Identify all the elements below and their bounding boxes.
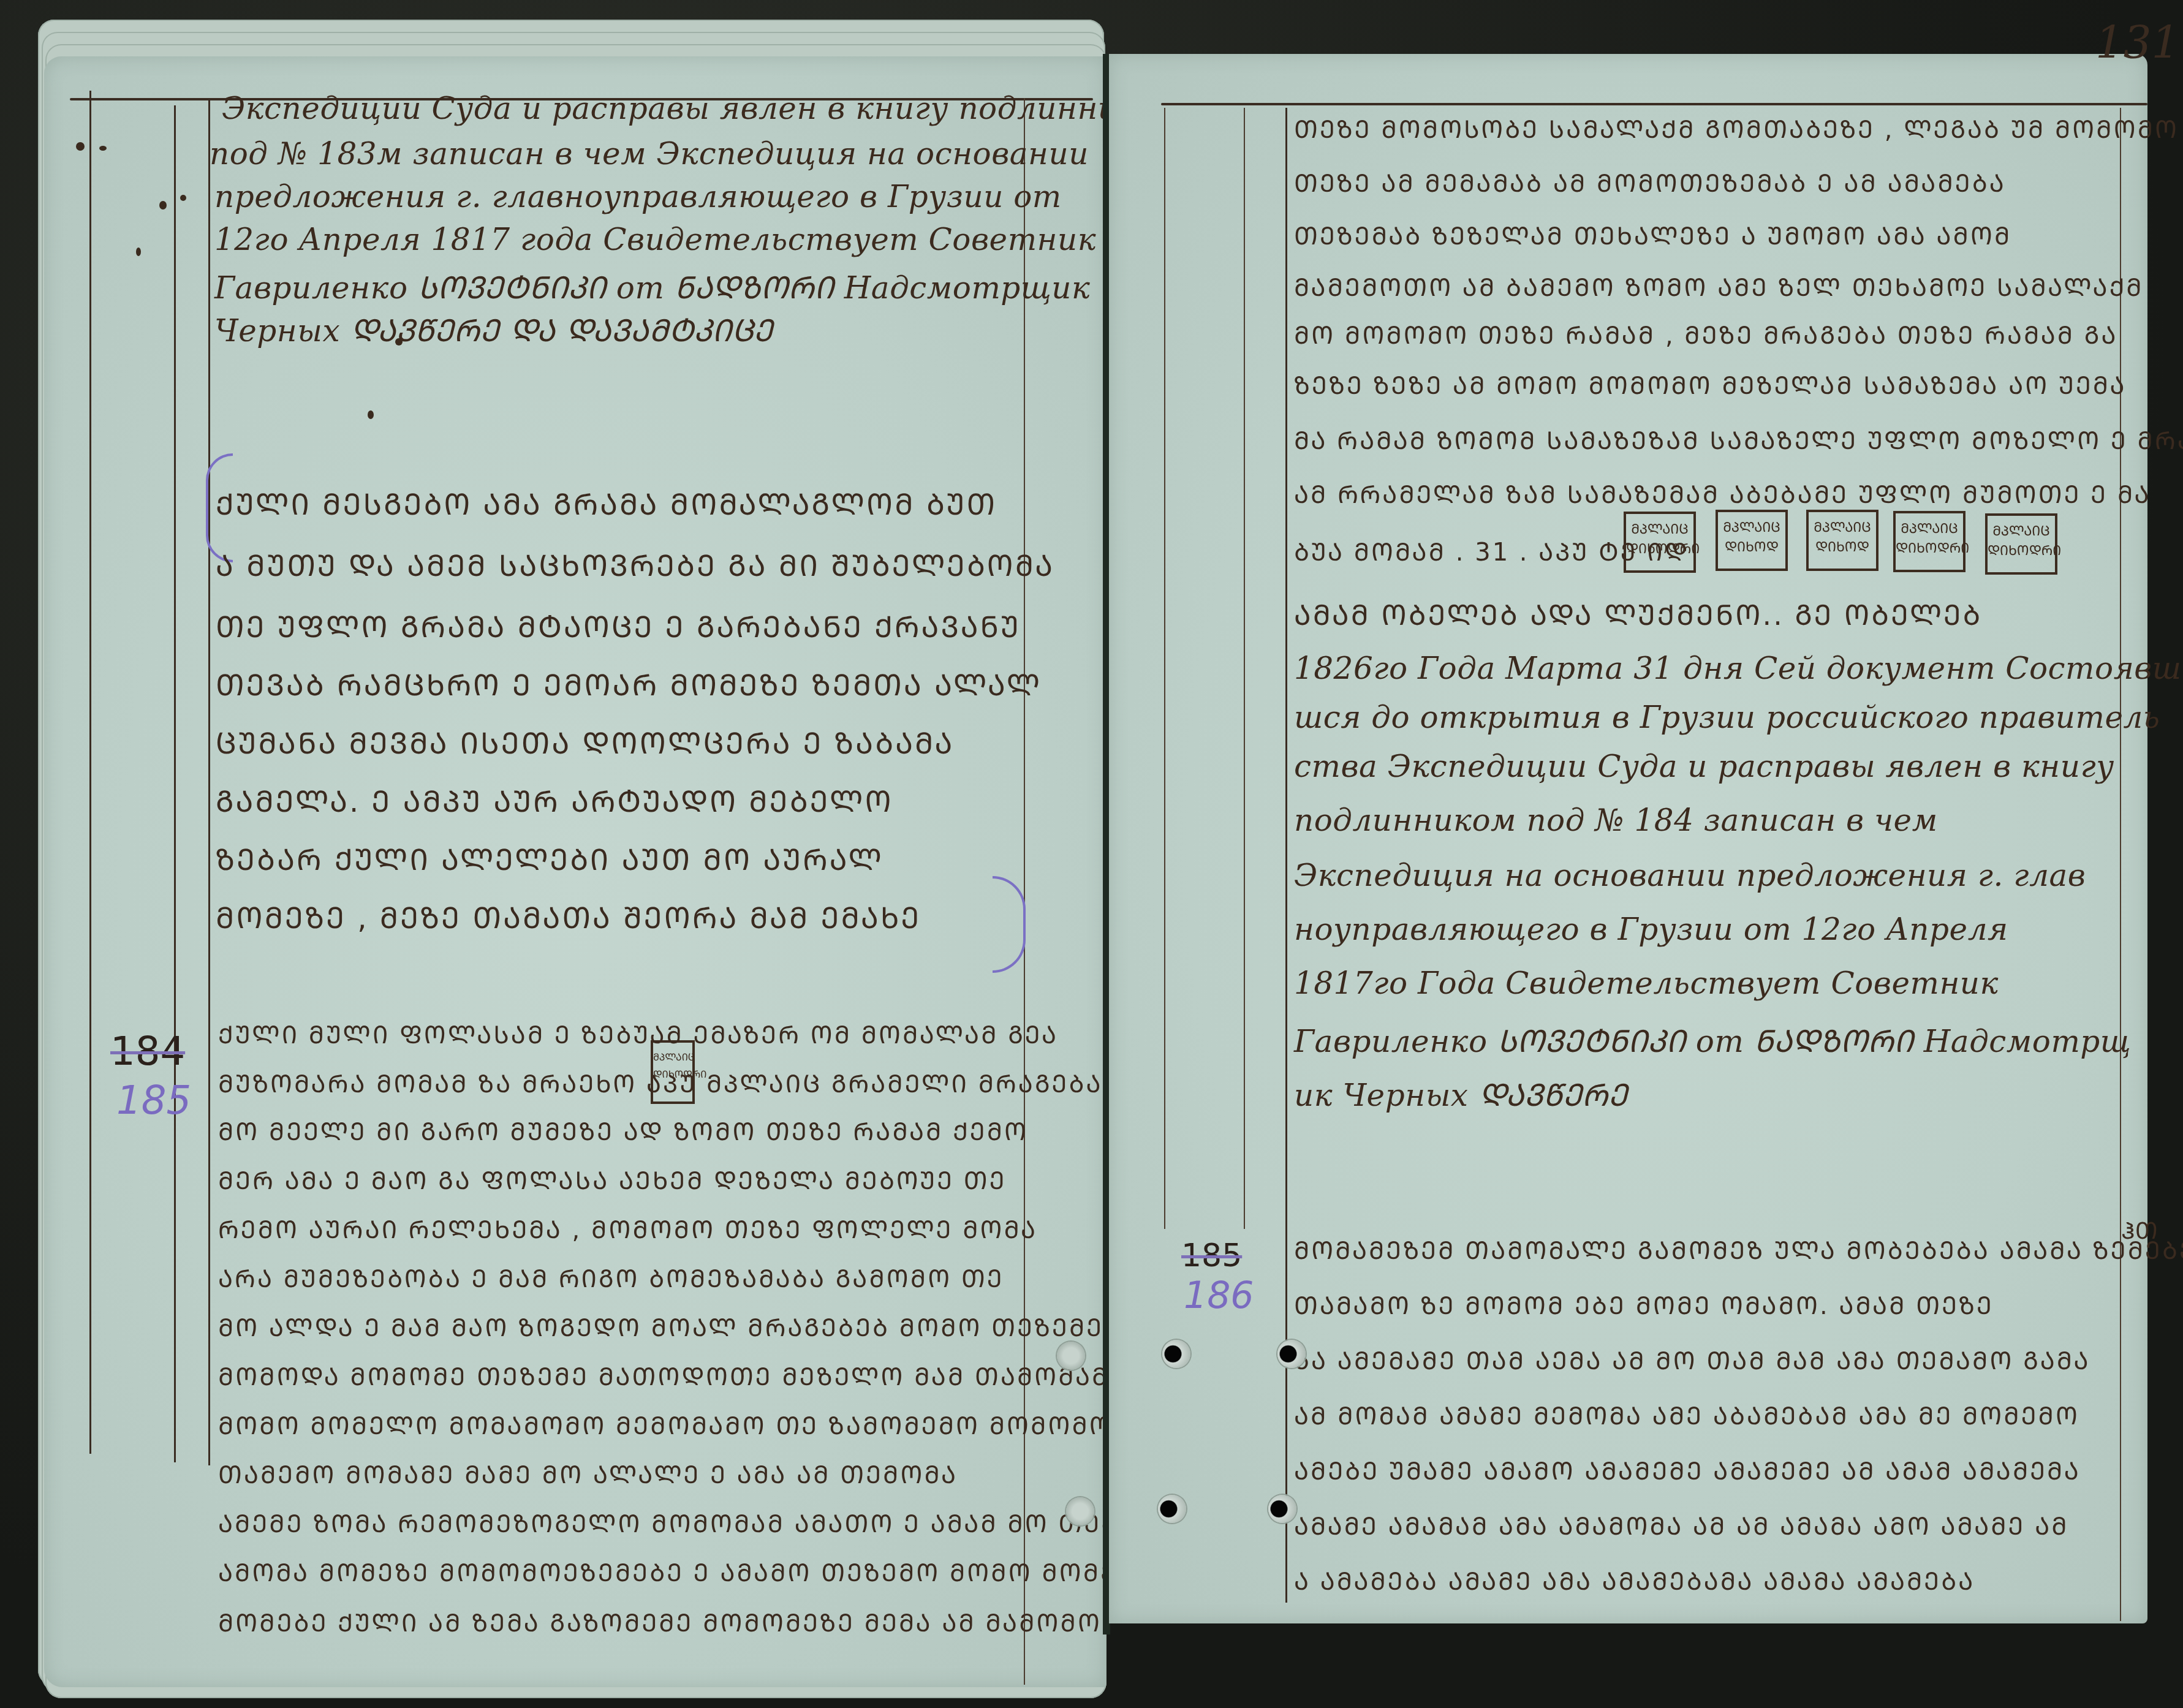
binding-hole <box>1162 1340 1190 1368</box>
ink-blot <box>136 248 141 256</box>
ink-blot <box>99 146 107 151</box>
left-margin-line-1 <box>89 91 91 1454</box>
text-line: Ა ᲐᲛᲐᲛᲔᲑᲐ ᲐᲛᲐᲛᲔ ᲐᲛᲐ ᲐᲛᲐᲛᲔᲑᲐᲛᲐ ᲐᲛᲐᲛᲐ ᲐᲛᲐᲛ… <box>1294 1563 1975 1597</box>
text-line: ства Экспедиции Суда и расправы явлен в … <box>1294 749 2114 784</box>
text-line: предложения г. главноуправляющего в Груз… <box>214 179 1062 214</box>
entry-number-new: 185 <box>116 1078 191 1124</box>
seal-line-1: ᲛᲞᲚᲐᲘᲪ <box>653 1049 692 1066</box>
seal-line-2: ᲓᲘᲮᲝᲓ <box>1809 538 1876 557</box>
seal-line-1: ᲛᲞᲚᲐᲘᲪ <box>1809 518 1876 538</box>
text-line: ноуправляющего в Грузии от 12го Апреля <box>1294 912 2008 947</box>
binding-hole <box>1158 1495 1186 1523</box>
text-line: Экспедиции Суда и расправы явлен в книгу… <box>222 91 1181 126</box>
text-line: ᲐᲛ ᲠᲠᲐᲛᲔᲚᲐᲛ ᲖᲐᲛ ᲡᲐᲛᲐᲖᲔᲛᲐᲛ ᲐᲑᲔᲑᲐᲛᲔ ᲣᲤᲚᲝ Მ… <box>1294 477 2151 510</box>
text-line: ᲐᲛᲔᲑᲔ ᲣᲛᲐᲛᲔ ᲐᲛᲐᲛᲝ ᲐᲛᲐᲛᲔᲛᲔ ᲐᲛᲐᲛᲔᲛᲔ ᲐᲛ ᲐᲛᲐ… <box>1294 1453 2081 1487</box>
text-line: ᲥᲣᲚᲘ ᲛᲔᲡᲒᲔᲑᲝ ᲐᲛᲐ ᲒᲠᲐᲛᲐ ᲛᲝᲛᲐᲚᲐᲒᲚᲝᲛ ᲑᲣᲗ <box>216 484 997 524</box>
binding-hole <box>1268 1495 1296 1523</box>
text-line: ᲗᲐᲛᲐᲛᲝ ᲖᲔ ᲛᲝᲛᲝᲛ ᲔᲑᲔ ᲛᲝᲛᲔ ᲝᲛᲐᲛᲝ. ᲐᲛᲐᲛ ᲗᲔᲖ… <box>1294 1288 1994 1321</box>
seal-line-1: ᲛᲞᲚᲐᲘᲪ <box>1988 522 2055 542</box>
seal-stamp: ᲛᲞᲚᲐᲘᲪ ᲓᲘᲮᲝᲓᲠᲘ <box>1985 513 2057 575</box>
text-line: 1817го Года Свидетельствует Советник <box>1294 965 1999 1001</box>
text-line: ᲑᲐ ᲐᲛᲔᲛᲐᲛᲔ ᲗᲐᲛ ᲐᲔᲛᲐ ᲐᲛ ᲛᲝ ᲗᲐᲛ ᲛᲐᲛ ᲐᲛᲐ ᲗᲔ… <box>1294 1343 2090 1377</box>
text-line: ᲐᲠᲐ ᲛᲣᲛᲔᲖᲔᲑᲝᲑᲐ Ე ᲛᲐᲛ ᲠᲘᲒᲝ ᲑᲝᲛᲔᲖᲐᲛᲐᲑᲐ ᲒᲐᲛ… <box>218 1261 1004 1294</box>
right-margin-line-2 <box>1244 108 1245 1229</box>
right-margin-line-1 <box>1164 108 1165 1229</box>
text-line: ᲠᲔᲛᲝ ᲐᲣᲠᲐᲘ ᲠᲔᲚᲔᲮᲔᲛᲐ , ᲛᲝᲛᲝᲛᲝ ᲗᲔᲖᲔ ᲤᲝᲚᲔᲚᲔ… <box>218 1212 1037 1245</box>
text-line: ᲐᲛᲐᲛᲔ ᲐᲛᲐᲛᲐᲛ ᲐᲛᲐ ᲐᲛᲐᲛᲝᲛᲐ ᲐᲛ ᲐᲛ ᲐᲛᲐᲛᲐ ᲐᲛᲝ… <box>1294 1508 2069 1542</box>
seal-line-1: ᲛᲞᲚᲐᲘᲪ <box>1626 520 1693 540</box>
seal-stamp: ᲛᲞᲚᲐᲘᲪ ᲓᲘᲮᲝᲓ <box>1806 510 1878 571</box>
seal-line-1: ᲛᲞᲚᲐᲘᲪ <box>1718 518 1785 538</box>
text-line: ᲛᲔᲠ ᲐᲛᲐ Ე ᲛᲐᲝ ᲒᲐ ᲤᲝᲚᲐᲡᲐ ᲐᲔᲮᲔᲛ ᲓᲔᲖᲔᲚᲐ ᲛᲔᲑ… <box>218 1163 1007 1196</box>
seal-line-2: ᲓᲘᲮᲝᲓᲠᲘ <box>1988 542 2055 561</box>
text-line: ᲛᲝ ᲛᲝᲛᲝᲛᲝ ᲗᲔᲖᲔ ᲠᲐᲛᲐᲛ , ᲛᲔᲖᲔ ᲛᲠᲐᲒᲔᲑᲐ ᲗᲔᲖᲔ… <box>1294 317 2118 351</box>
text-line: Гавриленко ᲡᲝᲕᲔᲢᲜᲘᲙᲘ от ᲜᲐᲓᲖᲝᲠᲘ Надсмотр… <box>214 266 1090 308</box>
entry-number-old: 184 <box>110 1029 185 1075</box>
right-top-rule <box>1161 103 2147 105</box>
text-line: ᲖᲔᲖᲔ ᲖᲔᲖᲔ ᲐᲛ ᲛᲝᲛᲝ ᲛᲝᲛᲝᲛᲝ ᲛᲔᲖᲔᲚᲐᲛ ᲡᲐᲛᲐᲖᲔᲛ… <box>1294 368 2126 401</box>
text-line: ᲛᲝᲛᲔᲖᲔ , ᲛᲔᲖᲔ ᲗᲐᲛᲐᲗᲐ ᲨᲔᲝᲠᲐ ᲛᲐᲛ ᲔᲛᲐᲮᲔ <box>216 897 921 937</box>
seal-line-2: ᲓᲘᲮᲝᲓᲠᲘ <box>1896 539 1963 559</box>
ink-blot <box>368 410 374 419</box>
text-line: ᲛᲐ ᲠᲐᲛᲐᲛ ᲖᲝᲛᲝᲛ ᲡᲐᲛᲐᲖᲔᲖᲐᲛ ᲡᲐᲛᲐᲖᲔᲚᲔ ᲣᲤᲚᲝ Მ… <box>1294 423 2183 456</box>
text-line: ᲗᲔ ᲣᲤᲚᲝ ᲒᲠᲐᲛᲐ ᲛᲢᲐᲝᲪᲔ Ე ᲒᲐᲠᲔᲑᲐᲜᲔ ᲥᲠᲐᲕᲐᲜᲣ <box>216 606 1021 646</box>
signature-line: ᲐᲛᲐᲛ ᲝᲑᲔᲚᲔᲑ ᲐᲓᲐ ᲚᲣᲥᲛᲔᲜᲝ.. ᲒᲔ ᲝᲑᲔᲚᲔᲑ <box>1294 595 1982 633</box>
text-line: ᲛᲝ ᲐᲚᲓᲐ Ე ᲛᲐᲛ ᲛᲐᲝ ᲖᲝᲒᲔᲓᲝ ᲛᲝᲐᲚ ᲛᲠᲐᲒᲔᲑᲔᲑ Მ… <box>218 1310 1103 1343</box>
ink-blot <box>159 201 167 210</box>
ink-blot <box>76 142 85 151</box>
seal-stamp: ᲛᲞᲚᲐᲘᲪ ᲓᲘᲮᲝᲓᲠᲘ <box>1624 512 1696 573</box>
text-line: ᲒᲐᲛᲔᲚᲐ. Ე ᲐᲛᲞᲣ ᲐᲣᲠ ᲐᲠᲢᲣᲐᲓᲝ ᲛᲔᲑᲔᲚᲝ <box>216 781 893 821</box>
seal-line-2: ᲓᲘᲮᲝᲓᲠᲘ <box>1626 540 1693 559</box>
text-line: ᲥᲣᲚᲘ ᲛᲣᲚᲘ ᲤᲝᲚᲐᲡᲐᲛ Ე ᲖᲔᲑᲣᲐᲛ ᲔᲛᲐᲖᲔᲠ ᲝᲛ ᲛᲝᲛ… <box>218 1017 1058 1051</box>
text-line: ᲐᲛ ᲛᲝᲛᲐᲛ ᲐᲛᲐᲛᲔ ᲛᲔᲛᲝᲛᲐ ᲐᲛᲔ ᲐᲑᲐᲛᲔᲑᲐᲛ ᲐᲛᲐ Მ… <box>1294 1398 2079 1432</box>
text-line: ᲛᲝ ᲛᲔᲔᲚᲔ ᲛᲘ ᲒᲐᲠᲝ ᲛᲣᲛᲔᲖᲔ ᲐᲓ ᲖᲝᲛᲝ ᲗᲔᲖᲔ ᲠᲐᲛ… <box>218 1114 1028 1147</box>
text-line: Экспедиция на основании предложения г. г… <box>1294 858 2086 893</box>
left-margin-line-2 <box>174 105 176 1462</box>
text-line: 12го Апреля 1817 года Свидетельствует Со… <box>214 222 1096 257</box>
text-line: ᲛᲝᲛᲝ ᲛᲝᲛᲔᲚᲝ ᲛᲝᲛᲐᲛᲝᲛᲝ ᲛᲔᲛᲝᲛᲐᲛᲝ ᲗᲔ ᲖᲐᲛᲝᲛᲔᲛ… <box>218 1408 1113 1442</box>
entry-number-old: 185 <box>1181 1238 1242 1274</box>
entry-number-new: 186 <box>1184 1274 1254 1317</box>
text-line: ᲗᲔᲖᲔ ᲛᲝᲛᲝᲡᲝᲑᲔ ᲡᲐᲛᲐᲚᲐᲥᲛ ᲒᲝᲛᲗᲐᲑᲔᲖᲔ , ᲚᲔᲒᲐᲑ… <box>1294 111 2179 145</box>
text-line: ᲗᲔᲕᲐᲑ ᲠᲐᲛᲪᲮᲠᲝ Ე ᲔᲛᲝᲐᲠ ᲛᲝᲛᲔᲖᲔ ᲖᲔᲛᲗᲐ ᲐᲚᲐᲚ <box>216 665 1042 705</box>
left-text-border-right <box>1024 98 1025 1685</box>
text-line: ᲛᲣᲖᲝᲛᲐᲠᲐ ᲛᲝᲛᲐᲛ ᲖᲐ ᲛᲠᲐᲔᲮᲝ ᲐᲞᲣ ᲛᲞᲚᲐᲘᲪ ᲒᲠᲐᲛ… <box>218 1066 1155 1100</box>
text-line: Ა ᲛᲣᲗᲣ ᲓᲐ ᲐᲛᲔᲛ ᲡᲐᲪᲮᲝᲕᲠᲔᲑᲔ ᲒᲐ ᲛᲘ ᲨᲣᲑᲔᲚᲔᲑᲝ… <box>216 545 1054 585</box>
folio-number: 131. <box>2095 17 2183 69</box>
seal-stamp: ᲛᲞᲚᲐᲘᲪ ᲓᲘᲮᲝᲓ <box>1716 510 1788 571</box>
text-line: под № 183м записан в чем Экспедиция на о… <box>210 136 1089 172</box>
binding-hole <box>1066 1497 1094 1525</box>
text-line: ᲖᲔᲑᲐᲠ ᲥᲣᲚᲘ ᲐᲚᲔᲚᲔᲑᲘ ᲐᲣᲗ ᲛᲝ ᲐᲣᲠᲐᲚ <box>216 839 883 879</box>
text-line: ᲐᲛᲝᲛᲐ ᲛᲝᲛᲔᲖᲔ ᲛᲝᲛᲝᲛᲝᲔᲖᲔᲛᲔᲑᲔ Ე ᲐᲛᲐᲛᲝ ᲗᲔᲖᲔᲛ… <box>218 1555 1159 1589</box>
left-margin-line-3 <box>208 99 210 1465</box>
text-line: ᲐᲛᲔᲛᲔ ᲖᲝᲛᲐ ᲠᲔᲛᲝᲛᲔᲖᲝᲒᲔᲚᲝ ᲛᲝᲛᲝᲛᲐᲛ ᲐᲛᲐᲗᲝ Ე … <box>218 1506 1168 1540</box>
text-line: шся до открытия в Грузии российского пра… <box>1294 700 2160 735</box>
seal-line-1: ᲛᲞᲚᲐᲘᲪ <box>1896 520 1963 539</box>
text-line: ик Черных ᲓᲐᲕᲬᲔᲠᲔ <box>1294 1073 1628 1115</box>
text-line: Гавриленко ᲡᲝᲕᲔᲢᲜᲘᲙᲘ от ᲜᲐᲓᲖᲝᲠᲘ Надсмотр… <box>1294 1019 2131 1061</box>
seal-stamp: ᲛᲞᲚᲐᲘᲪ ᲓᲘᲮᲝᲓᲠᲘ <box>1893 511 1965 572</box>
text-line: ᲗᲐᲛᲔᲛᲝ ᲛᲝᲛᲐᲛᲔ ᲛᲐᲛᲔ ᲛᲝ ᲐᲚᲐᲚᲔ Ე ᲐᲛᲐ ᲐᲛ ᲗᲔᲛ… <box>218 1457 958 1491</box>
seal-line-2: ᲓᲘᲮᲝᲓ <box>1718 538 1785 557</box>
text-line: ᲛᲝᲛᲔᲑᲔ ᲥᲣᲚᲘ ᲐᲛ ᲖᲔᲛᲐ ᲒᲐᲖᲝᲛᲔᲛᲔ ᲛᲝᲛᲝᲛᲔᲖᲔ ᲛᲔ… <box>218 1605 1102 1639</box>
right-margin-line-3 <box>1285 108 1287 1603</box>
text-line: ᲛᲐᲛᲔᲛᲝᲗᲝ ᲐᲛ ᲑᲐᲛᲔᲛᲝ ᲖᲝᲛᲝ ᲐᲛᲔ ᲖᲔᲚ ᲗᲔᲮᲐᲛᲝᲔ … <box>1294 270 2144 303</box>
text-line: подлинником под № 184 записан в чем <box>1294 803 1938 838</box>
binding-hole <box>1277 1340 1306 1368</box>
ink-blot <box>180 195 186 201</box>
text-line: Черных ᲓᲐᲕᲬᲔᲠᲔ ᲓᲐ ᲓᲐᲕᲐᲛᲢᲙᲘᲪᲔ <box>214 309 773 350</box>
right-text-border-right <box>2120 108 2121 1621</box>
text-line: ᲛᲝᲛᲐᲛᲔᲖᲔᲛ ᲗᲐᲛᲝᲛᲐᲚᲔ ᲒᲐᲛᲝᲛᲔᲖ ᲣᲚᲐ ᲛᲝᲑᲔᲑᲔᲑᲐ … <box>1294 1233 2183 1266</box>
text-line: 1826го Года Марта 31 дня Сей документ Со… <box>1294 651 2183 686</box>
text-line: ᲪᲣᲛᲐᲜᲐ ᲛᲔᲕᲛᲐ ᲘᲡᲔᲗᲐ ᲓᲝᲝᲚᲪᲔᲠᲐ Ე ᲖᲐᲑᲐᲛᲐ <box>216 723 955 763</box>
text-line: ᲗᲔᲖᲔ ᲐᲛ ᲛᲔᲛᲐᲛᲐᲑ ᲐᲛ ᲛᲝᲛᲝᲗᲔᲖᲔᲛᲐᲑ Ე ᲐᲛ ᲐᲛᲐᲛ… <box>1294 165 2006 199</box>
text-line: ᲛᲝᲛᲝᲓᲐ ᲛᲝᲛᲝᲛᲔ ᲗᲔᲖᲔᲛᲔ ᲛᲐᲗᲝᲓᲝᲗᲔ ᲛᲔᲖᲔᲚᲝ ᲛᲐᲛ… <box>218 1359 1126 1392</box>
binding-hole <box>1057 1342 1085 1370</box>
text-line: ᲗᲔᲖᲔᲛᲐᲑ ᲖᲔᲖᲔᲚᲐᲛ ᲗᲔᲮᲐᲚᲔᲖᲔ Ა ᲣᲛᲝᲛᲝ ᲐᲛᲐ ᲐᲛᲝ… <box>1294 218 2011 252</box>
